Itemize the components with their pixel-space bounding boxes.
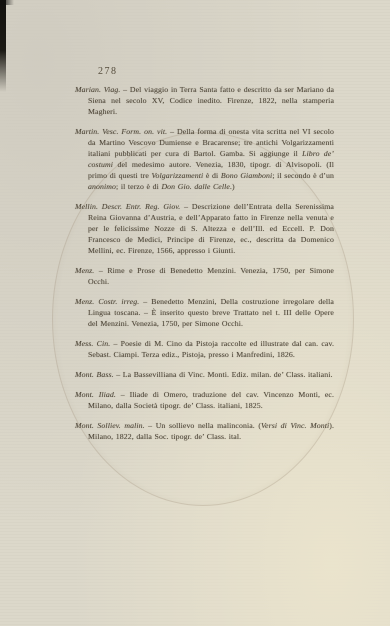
book-edge-shadow-top bbox=[0, 0, 14, 5]
bibliography-text-block: Marian. Viag. – Del viaggio in Terra San… bbox=[75, 84, 334, 451]
bibliography-entry: Menz. Costr. irreg. – Benedetto Menzini,… bbox=[75, 296, 334, 329]
entry-italic-text: Mont. Solliev. malin. bbox=[75, 421, 145, 430]
book-edge-shadow bbox=[0, 0, 6, 92]
bibliography-entry: Mellin. Descr. Entr. Reg. Giov. – Descri… bbox=[75, 201, 334, 256]
entry-italic-text: Menz. bbox=[75, 266, 94, 275]
bibliography-entry: Mont. Bass. – La Bassevilliana di Vinc. … bbox=[75, 369, 334, 380]
entry-text: .) bbox=[230, 182, 235, 191]
entry-italic-text: Mellin. Descr. Entr. Reg. Giov. bbox=[75, 202, 180, 211]
entry-text: – Iliade di Omero, traduzione del cav. V… bbox=[88, 390, 334, 410]
entry-italic-text: anonimo bbox=[88, 182, 116, 191]
bibliography-entry: Menz. – Rime e Prose di Benedetto Menzin… bbox=[75, 265, 334, 287]
entry-text: – Del viaggio in Terra Santa fatto e des… bbox=[88, 85, 334, 116]
bibliography-entry: Martin. Vesc. Form. on. vit. – Della for… bbox=[75, 126, 334, 192]
entry-text: – Un sollievo nella malinconia. ( bbox=[145, 421, 261, 430]
entry-text: è di bbox=[203, 171, 221, 180]
entry-italic-text: Menz. Costr. irreg. bbox=[75, 297, 139, 306]
entry-text: ; il secondo è d’un bbox=[272, 171, 334, 180]
entry-italic-text: Versi di Vinc. Monti bbox=[261, 421, 329, 430]
entry-text: – La Bassevilliana di Vinc. Monti. Ediz.… bbox=[114, 370, 333, 379]
bibliography-entry: Marian. Viag. – Del viaggio in Terra San… bbox=[75, 84, 334, 117]
scanned-book-page: 278 Marian. Viag. – Del viaggio in Terra… bbox=[0, 0, 390, 626]
entry-italic-text: Mont. Bass. bbox=[75, 370, 114, 379]
entry-italic-text: Mont. Iliad. bbox=[75, 390, 116, 399]
entry-italic-text: Martin. Vesc. Form. on. vit. bbox=[75, 127, 167, 136]
entry-text: – Poesie di M. Cino da Pistoja raccolte … bbox=[88, 339, 334, 359]
entry-text: – Rime e Prose di Benedetto Menzini. Ven… bbox=[88, 266, 334, 286]
bibliography-entry: Mess. Cin. – Poesie di M. Cino da Pistoj… bbox=[75, 338, 334, 360]
bibliography-entry: Mont. Iliad. – Iliade di Omero, traduzio… bbox=[75, 389, 334, 411]
entry-italic-text: Bono Giamboni bbox=[221, 171, 272, 180]
page-number: 278 bbox=[98, 66, 118, 77]
entry-italic-text: Marian. Viag. bbox=[75, 85, 120, 94]
entry-text: ; il terzo è di bbox=[116, 182, 161, 191]
entry-italic-text: Don Gio. dalle Celle bbox=[161, 182, 229, 191]
entry-italic-text: Mess. Cin. bbox=[75, 339, 110, 348]
entry-italic-text: Volgarizzamenti bbox=[152, 171, 204, 180]
bibliography-entry: Mont. Solliev. malin. – Un sollievo nell… bbox=[75, 420, 334, 442]
